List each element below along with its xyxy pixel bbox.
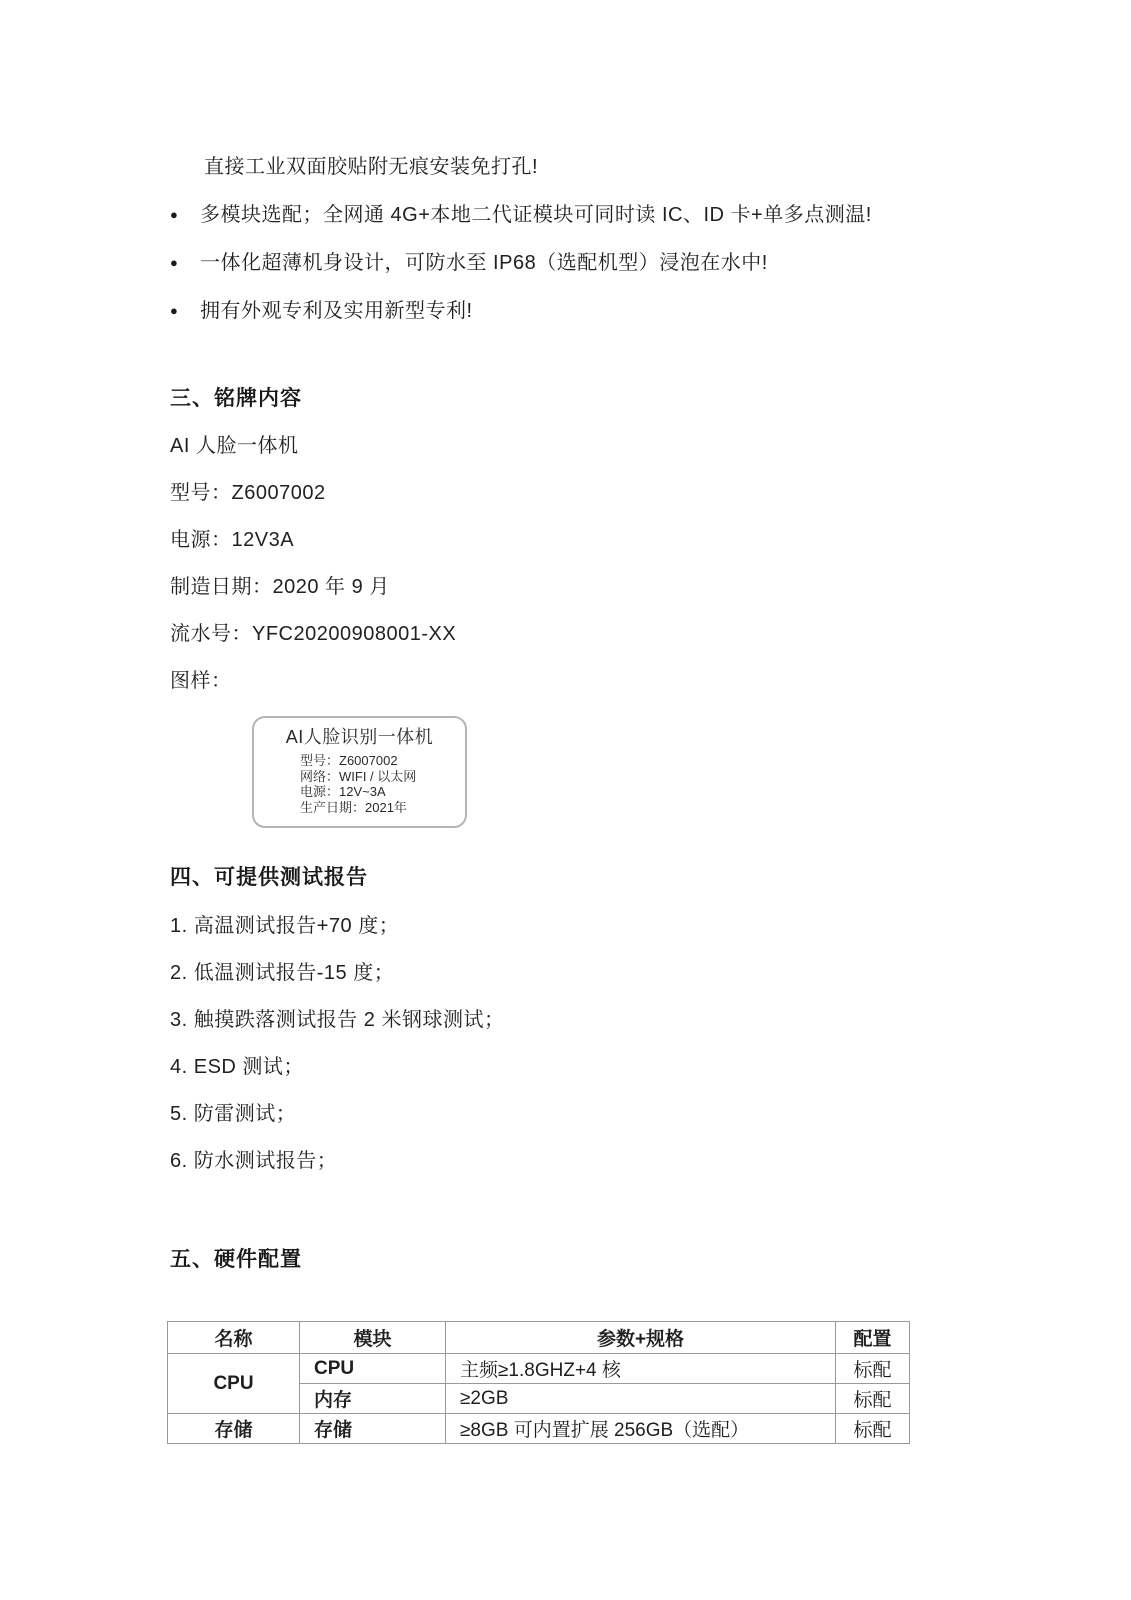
nameplate-label: AI人脸识别一体机 型号：Z6007002 网络：WIFI / 以太网 电源：1… (252, 716, 467, 828)
intro-continuation-line: 直接工业双面胶贴附无痕安装免打孔! (170, 152, 915, 182)
hardware-config-table: 名称 模块 参数+规格 配置 CPU CPU 主频≥1.8GHZ+4 核 标配 … (167, 1321, 910, 1444)
report-item: 6. 防水测试报告； (170, 1146, 915, 1176)
document-body: 直接工业双面胶贴附无痕安装免打孔! ● 多模块选配；全网通 4G+本地二代证模块… (0, 0, 915, 1444)
nameplate-line-product: AI 人脸一体机 (170, 431, 915, 461)
cell-spec: ≥8GB 可内置扩展 256GB（选配） (446, 1414, 836, 1444)
cell-config: 标配 (836, 1414, 910, 1444)
bullet-item: ● 一体化超薄机身设计，可防水至 IP68（选配机型）浸泡在水中! (170, 248, 915, 278)
nameplate-line-power: 电源：12V3A (170, 525, 915, 555)
report-item: 2. 低温测试报告-15 度； (170, 958, 915, 988)
document-page: 直接工业双面胶贴附无痕安装免打孔! ● 多模块选配；全网通 4G+本地二代证模块… (0, 0, 1131, 1600)
section-reports-heading: 四、可提供测试报告 (170, 863, 915, 893)
table-header-row: 名称 模块 参数+规格 配置 (168, 1322, 910, 1354)
section-hardware-heading: 五、硬件配置 (170, 1245, 915, 1275)
header-module: 模块 (300, 1322, 446, 1354)
table-row: CPU CPU 主频≥1.8GHZ+4 核 标配 (168, 1354, 910, 1384)
nameplate-line-model: 型号：Z6007002 (170, 478, 915, 508)
report-item: 3. 触摸跌落测试报告 2 米钢球测试； (170, 1005, 915, 1035)
cell-module: CPU (300, 1354, 446, 1384)
cell-module: 存储 (300, 1414, 446, 1444)
nameplate-line-sample-caption: 图样： (170, 666, 915, 696)
bullet-icon: ● (170, 296, 200, 326)
nameplate-line-mfg-date: 制造日期：2020 年 9 月 (170, 572, 915, 602)
nameplate-label-date: 生产日期：2021年 (300, 800, 465, 816)
table-row: 存储 存储 ≥8GB 可内置扩展 256GB（选配） 标配 (168, 1414, 910, 1444)
report-item: 4. ESD 测试； (170, 1052, 915, 1082)
nameplate-label-details: 型号：Z6007002 网络：WIFI / 以太网 电源：12V~3A 生产日期… (254, 753, 465, 815)
cell-module: 内存 (300, 1384, 446, 1414)
report-item: 1. 高温测试报告+70 度； (170, 911, 915, 941)
cell-name-cpu: CPU (168, 1354, 300, 1414)
nameplate-line-serial: 流水号：YFC20200908001-XX (170, 619, 915, 649)
header-spec: 参数+规格 (446, 1322, 836, 1354)
cell-name-storage: 存储 (168, 1414, 300, 1444)
bullet-text: 多模块选配；全网通 4G+本地二代证模块可同时读 IC、ID 卡+单多点测温! (200, 200, 872, 230)
nameplate-label-power: 电源：12V~3A (300, 784, 465, 800)
cell-config: 标配 (836, 1384, 910, 1414)
report-item: 5. 防雷测试； (170, 1099, 915, 1129)
bullet-icon: ● (170, 248, 200, 278)
bullet-icon: ● (170, 200, 200, 230)
nameplate-label-title: AI人脸识别一体机 (254, 725, 465, 749)
bullet-text: 一体化超薄机身设计，可防水至 IP68（选配机型）浸泡在水中! (200, 248, 768, 278)
bullet-item: ● 拥有外观专利及实用新型专利! (170, 296, 915, 326)
cell-config: 标配 (836, 1354, 910, 1384)
bullet-item: ● 多模块选配；全网通 4G+本地二代证模块可同时读 IC、ID 卡+单多点测温… (170, 200, 915, 230)
cell-spec: 主频≥1.8GHZ+4 核 (446, 1354, 836, 1384)
nameplate-label-model: 型号：Z6007002 (300, 753, 465, 769)
header-config: 配置 (836, 1322, 910, 1354)
header-name: 名称 (168, 1322, 300, 1354)
bullet-text: 拥有外观专利及实用新型专利! (200, 296, 473, 326)
cell-spec: ≥2GB (446, 1384, 836, 1414)
nameplate-label-network: 网络：WIFI / 以太网 (300, 769, 465, 785)
section-nameplate-heading: 三、铭牌内容 (170, 384, 915, 414)
